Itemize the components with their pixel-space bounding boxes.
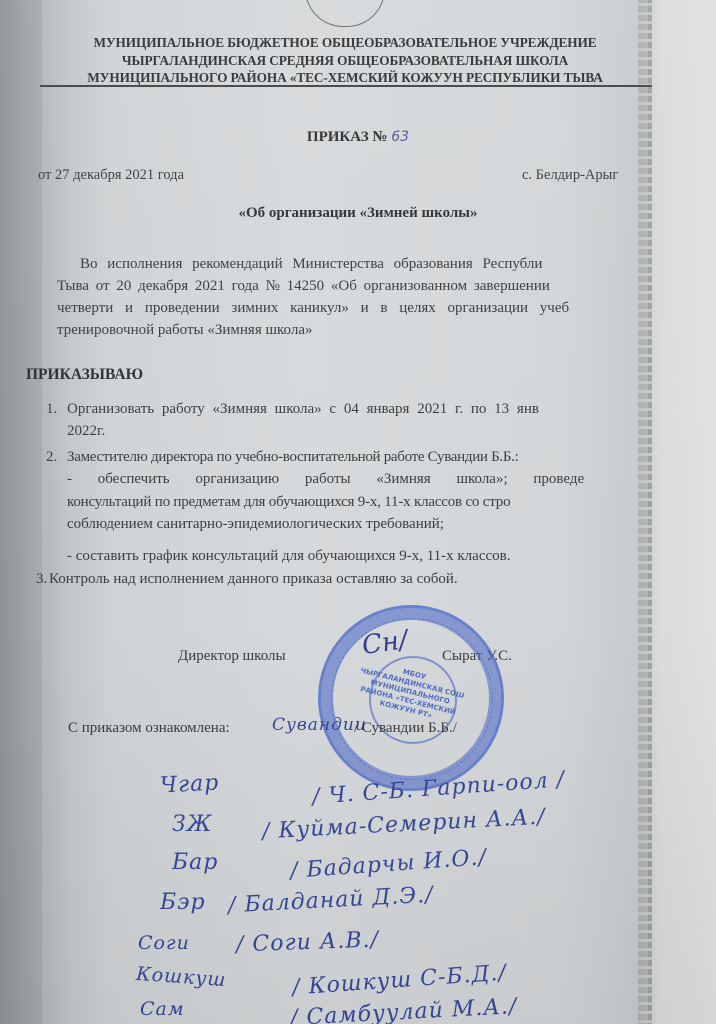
page-fold-shadow	[0, 0, 42, 1024]
item-2-line-5: - составить график консультаций для обуч…	[67, 545, 510, 568]
preamble-line-2: Тыва от 20 декабря 2021 года № 14250 «Об…	[57, 275, 653, 298]
item-number: 2.	[46, 446, 57, 469]
staff-sig-2: ЗЖ	[172, 812, 212, 837]
order-place: с. Белдир-Арыг	[522, 167, 618, 184]
institution-header: МУНИЦИПАЛЬНОЕ БЮДЖЕТНОЕ ОБЩЕОБРАЗОВАТЕЛЬ…	[40, 34, 650, 87]
school-emblem-icon: ~~~	[305, 0, 385, 27]
item-number: 1.	[46, 398, 57, 421]
director-role: Директор школы	[178, 648, 286, 665]
staff-name-3: / Бадарчы И.О./	[289, 845, 487, 884]
header-line-2: ЧЫРГАЛАНДИНСКАЯ СРЕДНЯЯ ОБЩЕОБРАЗОВАТЕЛЬ…	[40, 52, 650, 70]
item-2-line-4: соблюдением санитарно-эпидемиологических…	[67, 513, 444, 536]
item-1-line-1: Организовать работу «Зимняя школа» с 04 …	[67, 398, 653, 421]
item-number: 3.	[36, 568, 47, 591]
acknowledged-label: С приказом ознакомлена:	[68, 720, 230, 737]
preamble-line-3: четверти и проведении зимних каникул» и …	[57, 297, 653, 320]
staff-name-4: / Балданай Д.Э./	[227, 883, 434, 919]
scan-streak-right-2	[648, 0, 652, 1024]
preamble-line-4: тренировочной работы «Зимняя школа»	[57, 319, 313, 342]
order-number: 63	[391, 129, 409, 145]
order-subject: «Об организации «Зимней школы»	[0, 205, 716, 222]
item-3-line-1: Контроль над исполнением данного приказа…	[49, 568, 458, 591]
preamble-line-1: Во исполнения рекомендаций Министерства …	[80, 253, 653, 276]
order-heading: ПРИКАЗЫВАЮ	[26, 366, 143, 384]
staff-name-7: / Самбуулай М.А./	[290, 994, 518, 1024]
staff-sig-4: Бэр	[160, 890, 206, 915]
director-signature: Сн/	[360, 625, 410, 661]
staff-name-6: / Кошкуш С-Б.Д./	[291, 961, 507, 1001]
staff-name-5: / Соги А.В./	[236, 928, 380, 958]
official-stamp: МБОУ ЧЫРГАЛАНДИНСКАЯ СОШ МУНИЦИПАЛЬНОГО …	[318, 605, 504, 791]
staff-sig-1: Чгар	[159, 770, 220, 798]
staff-sig-7: Сам	[140, 998, 185, 1020]
scan-streak-right	[638, 0, 652, 1024]
item-2-line-1: Заместителю директора по учебно-воспитат…	[67, 446, 519, 469]
item-1-line-2: 2022г.	[67, 420, 105, 443]
header-divider	[40, 85, 652, 87]
header-line-3: МУНИЦИПАЛЬНОГО РАЙОНА «ТЕС-ХЕМСКИЙ КОЖУУ…	[40, 69, 650, 87]
header-line-1: МУНИЦИПАЛЬНОЕ БЮДЖЕТНОЕ ОБЩЕОБРАЗОВАТЕЛЬ…	[40, 34, 650, 52]
staff-sig-5: Соги	[138, 932, 190, 954]
staff-name-2: / Куйма-Семерин А.А./	[262, 805, 547, 845]
order-title: ПРИКАЗ № 63	[0, 129, 716, 146]
order-title-label: ПРИКАЗ №	[307, 129, 388, 145]
item-2-line-3: консультаций по предметам для обучающихс…	[67, 491, 510, 514]
acknowledged-name: / Сувандии Б.Б./	[354, 720, 457, 737]
item-2-line-2: - обеспечить организацию работы «Зимняя …	[67, 468, 584, 491]
staff-sig-6: Кошкуш	[135, 963, 227, 991]
order-date: от 27 декабря 2021 года	[38, 167, 184, 184]
acknowledged-signature: Сувандии	[272, 715, 367, 735]
staff-sig-3: Бар	[172, 850, 218, 875]
